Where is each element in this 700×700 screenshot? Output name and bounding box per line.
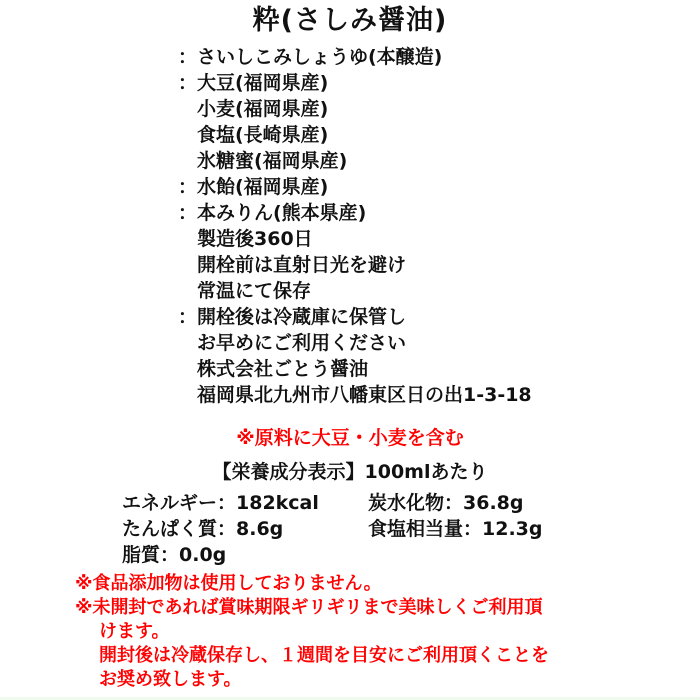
spec-colon: ： bbox=[178, 304, 196, 330]
nutrition-energy: エネルギー：182kcal bbox=[122, 490, 319, 516]
spec-colon: ： bbox=[178, 44, 196, 70]
spec-value: 食塩(長崎県産) bbox=[197, 122, 328, 148]
spec-colon: ： bbox=[178, 200, 196, 226]
note-no-additives: ※食品添加物は使用しておりません。 bbox=[75, 572, 695, 596]
note-unopened-continued: けます。 bbox=[75, 620, 695, 644]
spec-value: 氷糖蜜(福岡県産) bbox=[197, 148, 347, 174]
spec-value: 小麦(福岡県産) bbox=[197, 96, 328, 122]
nutrition-heading: 【栄養成分表示】100mlあたり bbox=[0, 459, 700, 485]
nutrition-fat: 脂質：0.0g bbox=[122, 542, 226, 568]
spec-value: 株式会社ごとう醤油 bbox=[197, 356, 368, 382]
spec-value: 製造後360日 bbox=[197, 226, 313, 252]
nutrition-carbohydrate: 炭水化物：36.8g bbox=[368, 490, 523, 516]
product-title: 粋(さしみ醤油) bbox=[0, 4, 700, 38]
notes-block: ※食品添加物は使用しておりません。 ※未開封であれば賞味期限ギリギリまで美味しく… bbox=[75, 572, 695, 692]
spec-value: 開栓後は冷蔵庫に保管し bbox=[197, 304, 406, 330]
allergen-notice: ※原料に大豆・小麦を含む bbox=[0, 426, 700, 450]
note-after-opening: 開封後は冷蔵保存し、１週間を目安にご利用頂くことを bbox=[75, 644, 695, 668]
nutrition-protein: たんぱく質：8.6g bbox=[122, 516, 283, 542]
spec-value: お早めにご利用ください bbox=[197, 330, 406, 356]
spec-value: さいしこみしょうゆ(本醸造) bbox=[197, 44, 442, 70]
spec-value: 本みりん(熊本県産) bbox=[197, 200, 366, 226]
nutrition-salt: 食塩相当量：12.3g bbox=[368, 516, 542, 542]
spec-value: 水飴(福岡県産) bbox=[197, 174, 328, 200]
spec-colon: ： bbox=[178, 70, 196, 96]
spec-value: 開栓前は直射日光を避け bbox=[197, 252, 406, 278]
note-after-opening-continued: お奨め致します。 bbox=[75, 668, 695, 692]
spec-colon: ： bbox=[178, 174, 196, 200]
note-unopened: ※未開封であれば賞味期限ギリギリまで美味しくご利用頂 bbox=[75, 596, 695, 620]
spec-value: 福岡県北九州市八幡東区日の出1-3-18 bbox=[197, 382, 532, 408]
spec-value: 大豆(福岡県産) bbox=[197, 70, 328, 96]
spec-value: 常温にて保存 bbox=[197, 278, 311, 304]
